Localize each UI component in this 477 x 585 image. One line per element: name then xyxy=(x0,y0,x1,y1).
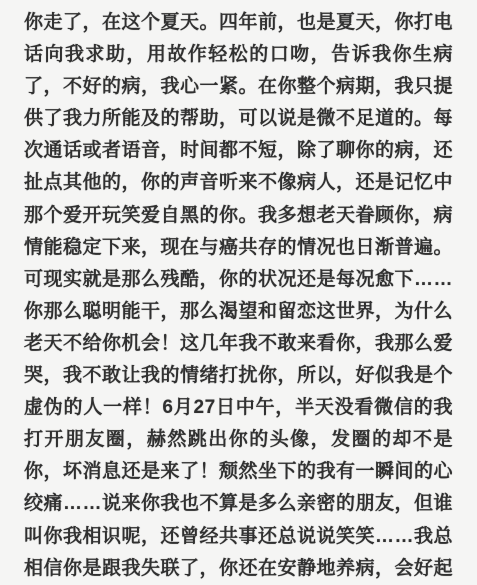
text-line: 供了我力所能及的帮助，可以说是微不足道的。每 xyxy=(24,103,453,135)
text-line: 相信你是跟我失联了，你还在安静地养病，会好起 xyxy=(24,553,453,585)
text-line: 你，坏消息还是来了！颓然坐下的我有一瞬间的心 xyxy=(24,456,453,488)
text-line: 那个爱开玩笑爱自黑的你。我多想老天眷顾你，病 xyxy=(24,200,453,232)
text-line: 话向我求助，用故作轻松的口吻，告诉我你生病 xyxy=(24,39,453,71)
text-line: 哭，我不敢让我的情绪打扰你，所以，好似我是个 xyxy=(24,360,453,392)
text-line: 了，不好的病，我心一紧。在你整个病期，我只提 xyxy=(24,71,453,103)
text-line: 你那么聪明能干，那么渴望和留恋这世界，为什么 xyxy=(24,296,453,328)
text-line: 扯点其他的，你的声音听来不像病人，还是记忆中 xyxy=(24,167,453,199)
text-line: 叫你我相识呢，还曾经共事还总说说笑笑……我总 xyxy=(24,521,453,553)
text-line: 绞痛……说来你我也不算是多么亲密的朋友，但谁 xyxy=(24,488,453,520)
text-line: 情能稳定下来，现在与癌共存的情况也日渐普遍。 xyxy=(24,232,453,264)
text-line: 次通话或者语音，时间都不短，除了聊你的病，还 xyxy=(24,135,453,167)
text-page: 你走了，在这个夏天。四年前，也是夏天，你打电 话向我求助，用故作轻松的口吻，告诉… xyxy=(0,0,477,585)
text-line: 可现实就是那么残酷，你的状况还是每况愈下…… xyxy=(24,264,453,296)
text-line: 虚伪的人一样！6月27日中午，半天没看微信的我 xyxy=(24,392,453,424)
text-line: 你走了，在这个夏天。四年前，也是夏天，你打电 xyxy=(24,7,453,39)
text-line: 打开朋友圈，赫然跳出你的头像，发圈的却不是 xyxy=(24,424,453,456)
text-line: 老天不给你机会！这几年我不敢来看你，我那么爱 xyxy=(24,328,453,360)
